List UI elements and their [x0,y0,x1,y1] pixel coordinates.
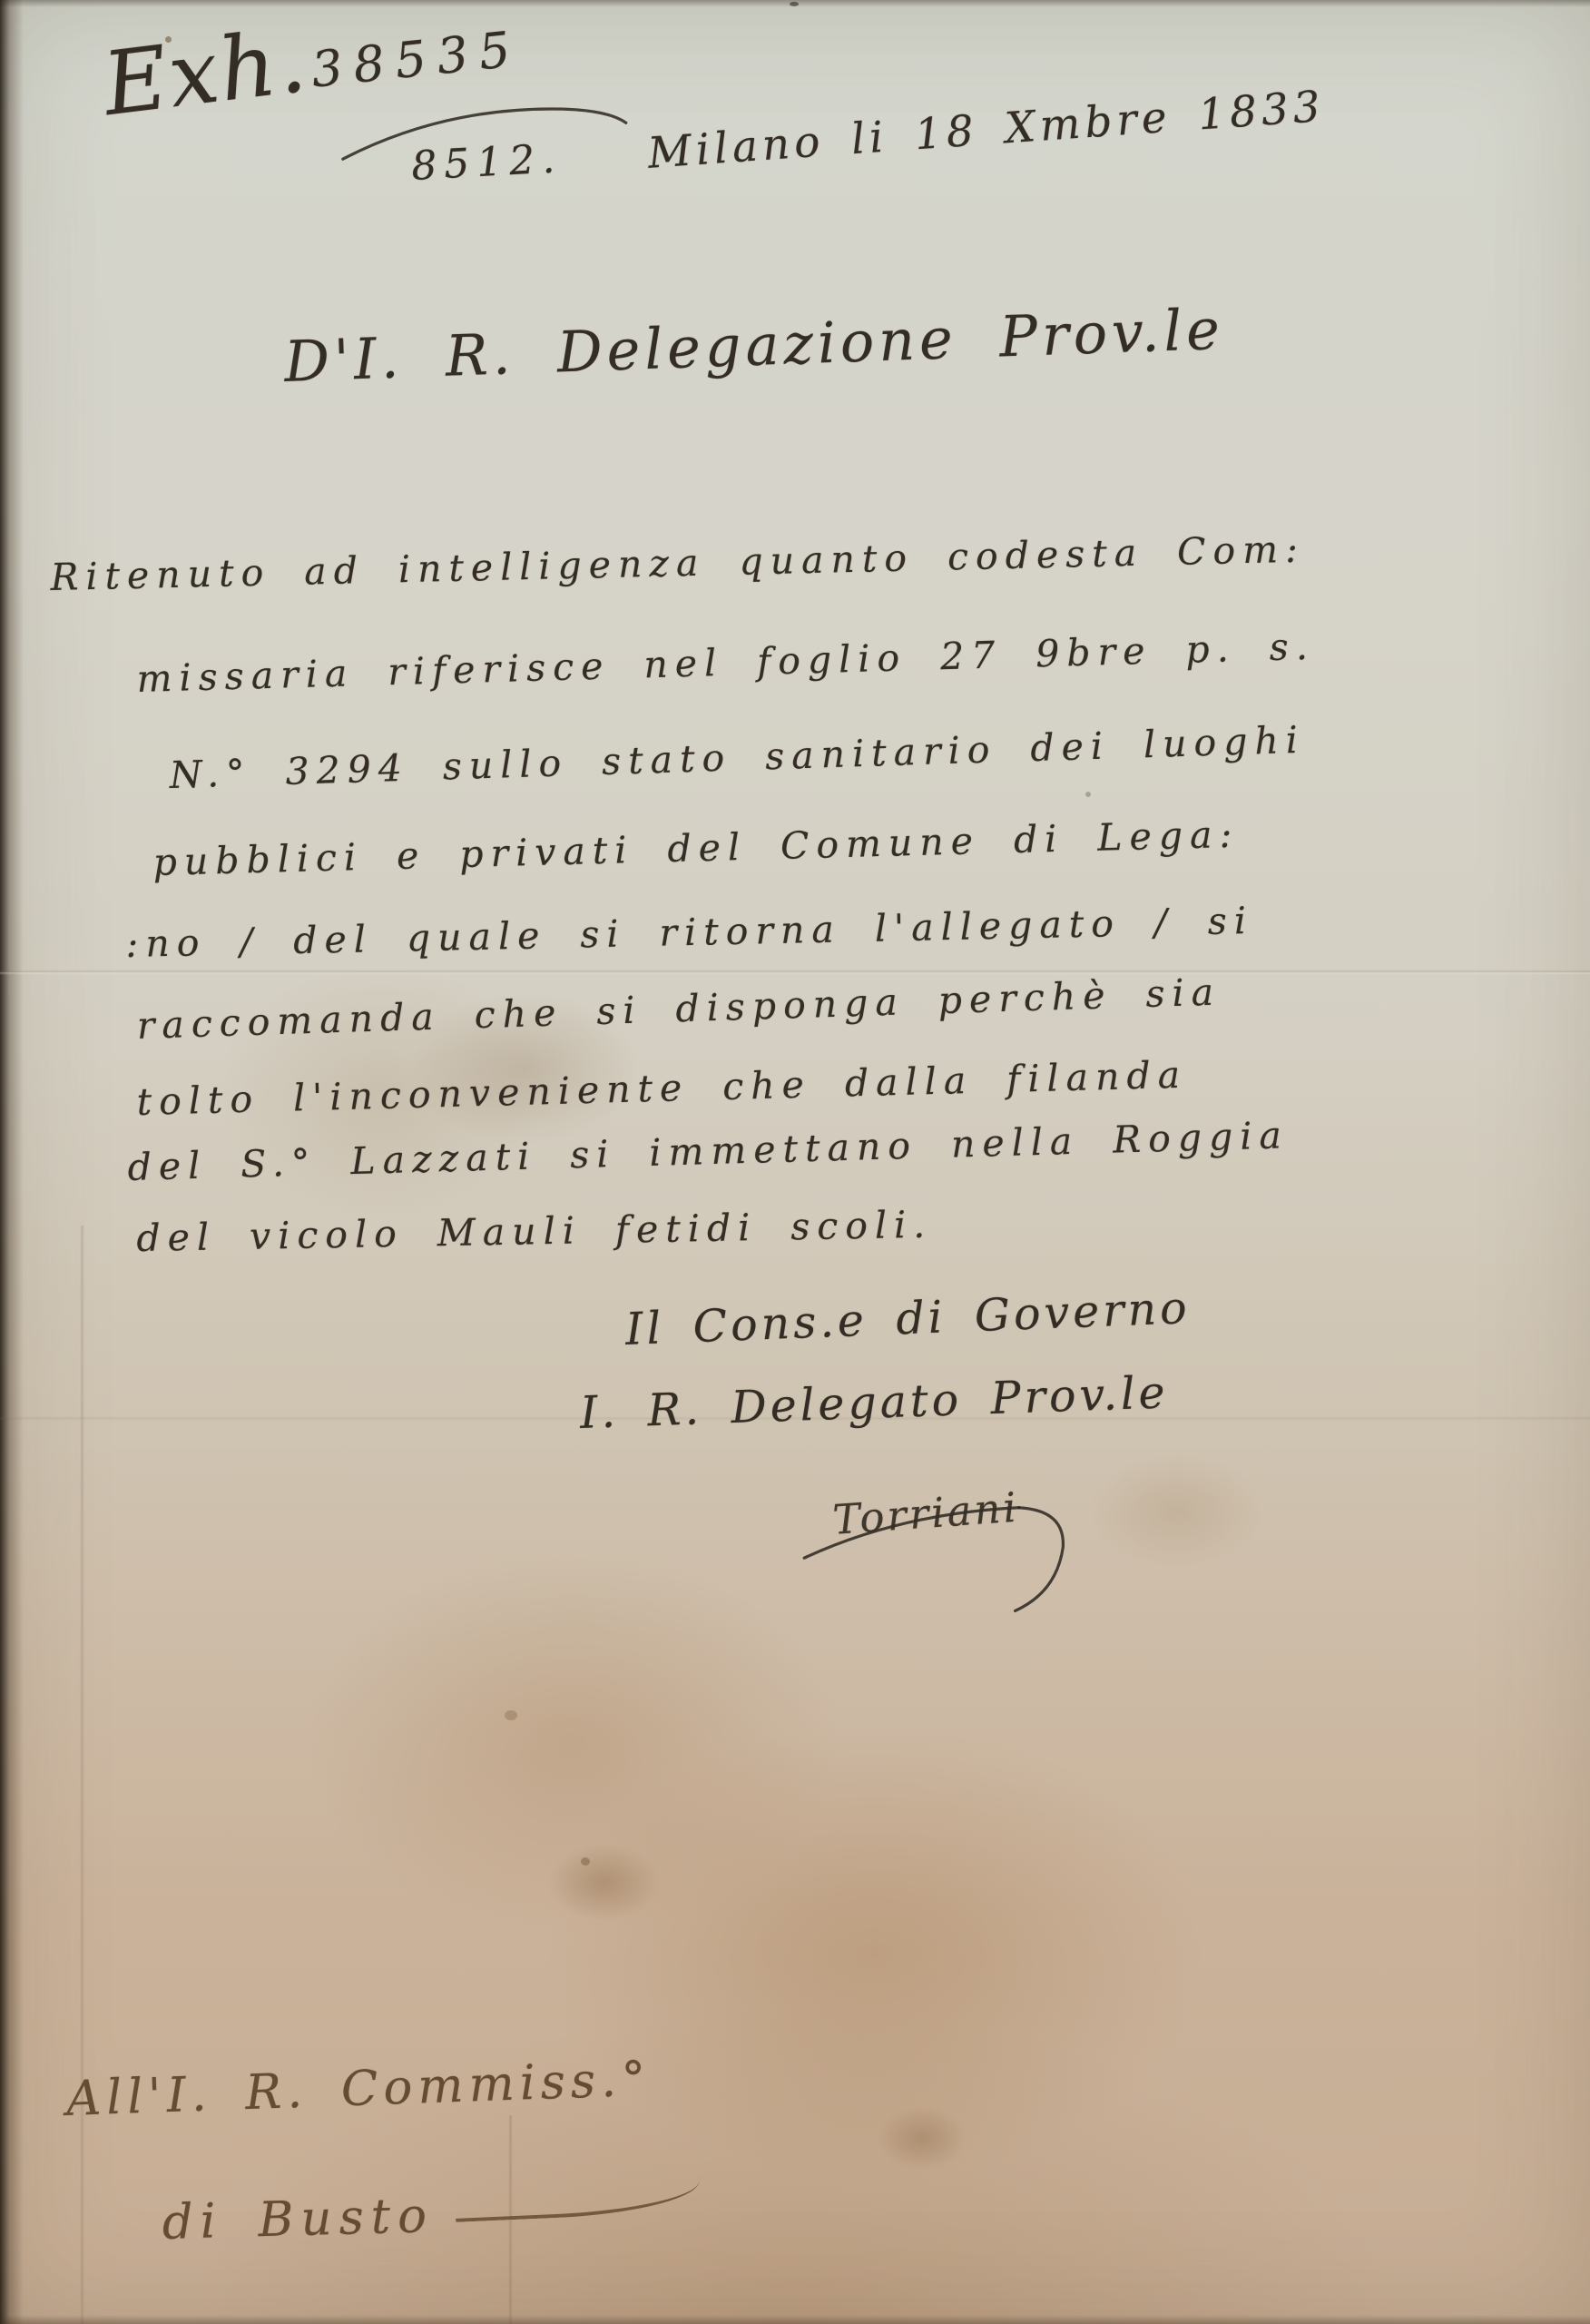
address-line-text: di Busto [162,2188,435,2250]
fold-crease-vertical [80,1226,84,2324]
foxing-spot [581,1857,590,1866]
ink-speck [790,2,799,6]
scan-edge-shadow-left [0,0,24,2324]
letter-heading: D'I. R. Delegazione Prov.le [283,296,1225,395]
dateline: Milano li 18 Xmbre 1833 [646,82,1326,179]
registry-secondary-number: 8512. [410,135,563,190]
body-line: :no / del quale si ritorna l'allegato / … [125,899,1253,966]
foxing-spot [505,1710,517,1720]
fold-crease-horizontal [0,970,1590,975]
body-line: tolto l'inconveniente che dalla filanda [136,1053,1188,1124]
manuscript-page: Exh. 38535 8512. Milano li 18 Xmbre 1833… [0,0,1590,2324]
body-line: pubblici e privati del Comune di Lega: [152,812,1240,884]
body-line: del S.° Lazzati si immettano nella Roggi… [127,1113,1289,1189]
registry-number: 38535 [309,20,524,99]
foxing-spot [1085,792,1091,797]
signature-title-line: Il Cons.e di Governo [624,1282,1192,1355]
body-line: del vicolo Mauli fetidi scoli. [136,1203,933,1260]
registry-cipher: Exh. [98,10,313,136]
body-line: Ritenuto ad intelligenza quanto codesta … [50,527,1305,599]
address-line: All'I. R. Commiss.° [65,2052,652,2127]
scan-edge-shadow-bottom [0,2315,1590,2324]
address-line: di Busto [162,2181,702,2250]
body-line: raccomanda che si disponga perchè sia [136,970,1222,1048]
flourish-dash [455,2181,701,2222]
body-line: N.° 3294 sullo stato sanitario dei luogh… [169,718,1306,797]
signature-title-line: I. R. Delegato Prov.le [579,1366,1169,1439]
body-line: missaria riferisce nel foglio 27 9bre p.… [136,625,1315,701]
